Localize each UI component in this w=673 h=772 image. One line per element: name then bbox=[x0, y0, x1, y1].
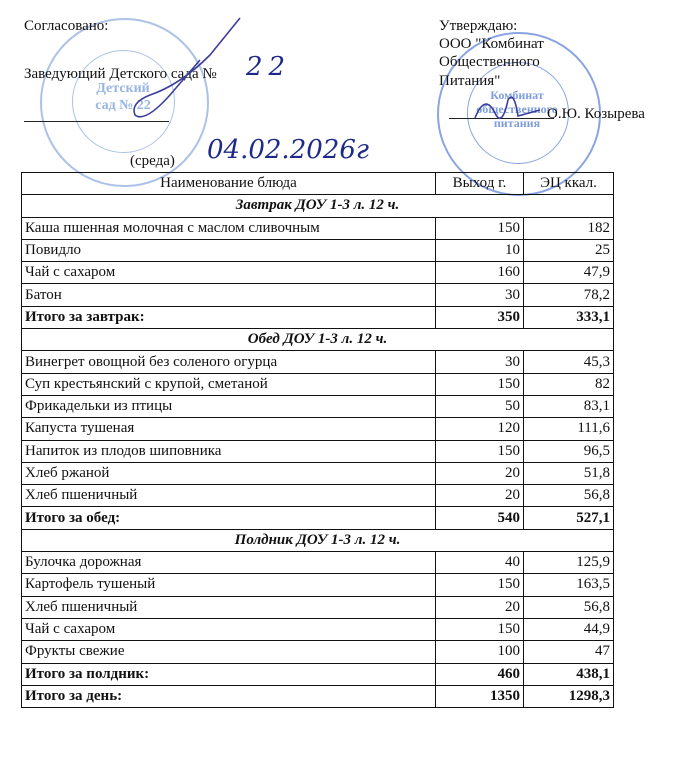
handwritten-date: 04.02.2026г bbox=[207, 135, 369, 165]
dish-kcal: 78,2 bbox=[524, 284, 614, 306]
table-row: Фрикадельки из птицы5083,1 bbox=[22, 395, 614, 417]
section-header-row: Обед ДОУ 1-3 л. 12 ч. bbox=[22, 329, 614, 351]
table-row: Каша пшенная молочная с маслом сливочным… bbox=[22, 217, 614, 239]
dish-kcal: 82 bbox=[524, 373, 614, 395]
approve-label: Утверждаю: bbox=[439, 18, 517, 35]
day-total-row: Итого за день:13501298,3 bbox=[22, 685, 614, 707]
dish-name: Суп крестьянский с крупой, сметаной bbox=[22, 373, 436, 395]
org-line-2: Общественного bbox=[439, 54, 540, 71]
table-row: Фрукты свежие10047 bbox=[22, 641, 614, 663]
menu-table: Наименование блюда Выход г. ЭЦ ккал. Зав… bbox=[21, 172, 614, 708]
dish-weight: 150 bbox=[436, 618, 524, 640]
dish-weight: 100 bbox=[436, 641, 524, 663]
right-signature bbox=[470, 88, 550, 133]
table-row: Булочка дорожная40125,9 bbox=[22, 552, 614, 574]
column-header-kcal: ЭЦ ккал. bbox=[524, 173, 614, 195]
dish-weight: 30 bbox=[436, 351, 524, 373]
dish-weight: 10 bbox=[436, 239, 524, 261]
table-header-row: Наименование блюда Выход г. ЭЦ ккал. bbox=[22, 173, 614, 195]
table-row: Суп крестьянский с крупой, сметаной15082 bbox=[22, 373, 614, 395]
dish-name: Картофель тушеный bbox=[22, 574, 436, 596]
column-header-weight: Выход г. bbox=[436, 173, 524, 195]
table-row: Картофель тушеный150163,5 bbox=[22, 574, 614, 596]
dish-name: Винегрет овощной без соленого огурца bbox=[22, 351, 436, 373]
dish-kcal: 163,5 bbox=[524, 574, 614, 596]
dish-weight: 150 bbox=[436, 373, 524, 395]
dish-kcal: 44,9 bbox=[524, 618, 614, 640]
dish-weight: 160 bbox=[436, 262, 524, 284]
table-row: Хлеб пшеничный2056,8 bbox=[22, 596, 614, 618]
dish-name: Хлеб пшеничный bbox=[22, 596, 436, 618]
dish-name: Повидло bbox=[22, 239, 436, 261]
section-title: Полдник ДОУ 1-3 л. 12 ч. bbox=[22, 529, 614, 551]
dish-name: Капуста тушеная bbox=[22, 418, 436, 440]
dish-kcal: 111,6 bbox=[524, 418, 614, 440]
table-row: Хлеб ржаной2051,8 bbox=[22, 462, 614, 484]
total-label: Итого за обед: bbox=[22, 507, 436, 529]
dish-name: Напиток из плодов шиповника bbox=[22, 440, 436, 462]
dish-kcal: 83,1 bbox=[524, 395, 614, 417]
dish-weight: 50 bbox=[436, 395, 524, 417]
total-kcal: 527,1 bbox=[524, 507, 614, 529]
total-kcal: 333,1 bbox=[524, 306, 614, 328]
section-title: Обед ДОУ 1-3 л. 12 ч. bbox=[22, 329, 614, 351]
table-row: Батон3078,2 bbox=[22, 284, 614, 306]
left-signature bbox=[60, 15, 260, 125]
table-row: Винегрет овощной без соленого огурца3045… bbox=[22, 351, 614, 373]
table-row: Повидло1025 bbox=[22, 239, 614, 261]
table-row: Чай с сахаром15044,9 bbox=[22, 618, 614, 640]
org-line-1: ООО "Комбинат bbox=[439, 36, 544, 53]
dish-weight: 150 bbox=[436, 217, 524, 239]
weekday: (среда) bbox=[130, 153, 175, 170]
day-total-weight: 1350 bbox=[436, 685, 524, 707]
dish-name: Фрукты свежие bbox=[22, 641, 436, 663]
table-row: Чай с сахаром16047,9 bbox=[22, 262, 614, 284]
total-label: Итого за завтрак: bbox=[22, 306, 436, 328]
dish-name: Каша пшенная молочная с маслом сливочным bbox=[22, 217, 436, 239]
dish-weight: 150 bbox=[436, 440, 524, 462]
column-header-dish: Наименование блюда bbox=[22, 173, 436, 195]
section-total-row: Итого за завтрак:350333,1 bbox=[22, 306, 614, 328]
total-weight: 350 bbox=[436, 306, 524, 328]
total-weight: 460 bbox=[436, 663, 524, 685]
signatory-name: О.Ю. Козырева bbox=[547, 106, 645, 123]
dish-weight: 40 bbox=[436, 552, 524, 574]
dish-name: Хлеб пшеничный bbox=[22, 485, 436, 507]
dish-weight: 120 bbox=[436, 418, 524, 440]
section-header-row: Завтрак ДОУ 1-3 л. 12 ч. bbox=[22, 195, 614, 217]
dish-kcal: 56,8 bbox=[524, 596, 614, 618]
table-row: Напиток из плодов шиповника15096,5 bbox=[22, 440, 614, 462]
dish-name: Чай с сахаром bbox=[22, 618, 436, 640]
dish-kcal: 25 bbox=[524, 239, 614, 261]
table-row: Хлеб пшеничный2056,8 bbox=[22, 485, 614, 507]
dish-kcal: 47,9 bbox=[524, 262, 614, 284]
dish-weight: 30 bbox=[436, 284, 524, 306]
section-total-row: Итого за обед:540527,1 bbox=[22, 507, 614, 529]
dish-name: Батон bbox=[22, 284, 436, 306]
dish-name: Булочка дорожная bbox=[22, 552, 436, 574]
dish-weight: 150 bbox=[436, 574, 524, 596]
total-weight: 540 bbox=[436, 507, 524, 529]
total-label: Итого за полдник: bbox=[22, 663, 436, 685]
dish-kcal: 125,9 bbox=[524, 552, 614, 574]
day-total-kcal: 1298,3 bbox=[524, 685, 614, 707]
dish-kcal: 45,3 bbox=[524, 351, 614, 373]
dish-weight: 20 bbox=[436, 462, 524, 484]
section-title: Завтрак ДОУ 1-3 л. 12 ч. bbox=[22, 195, 614, 217]
day-total-label: Итого за день: bbox=[22, 685, 436, 707]
dish-kcal: 96,5 bbox=[524, 440, 614, 462]
dish-kcal: 182 bbox=[524, 217, 614, 239]
dish-kcal: 47 bbox=[524, 641, 614, 663]
dish-weight: 20 bbox=[436, 596, 524, 618]
dish-name: Чай с сахаром bbox=[22, 262, 436, 284]
total-kcal: 438,1 bbox=[524, 663, 614, 685]
dish-name: Фрикадельки из птицы bbox=[22, 395, 436, 417]
dish-kcal: 51,8 bbox=[524, 462, 614, 484]
dish-weight: 20 bbox=[436, 485, 524, 507]
table-row: Капуста тушеная120111,6 bbox=[22, 418, 614, 440]
dish-kcal: 56,8 bbox=[524, 485, 614, 507]
dish-name: Хлеб ржаной bbox=[22, 462, 436, 484]
section-total-row: Итого за полдник:460438,1 bbox=[22, 663, 614, 685]
section-header-row: Полдник ДОУ 1-3 л. 12 ч. bbox=[22, 529, 614, 551]
